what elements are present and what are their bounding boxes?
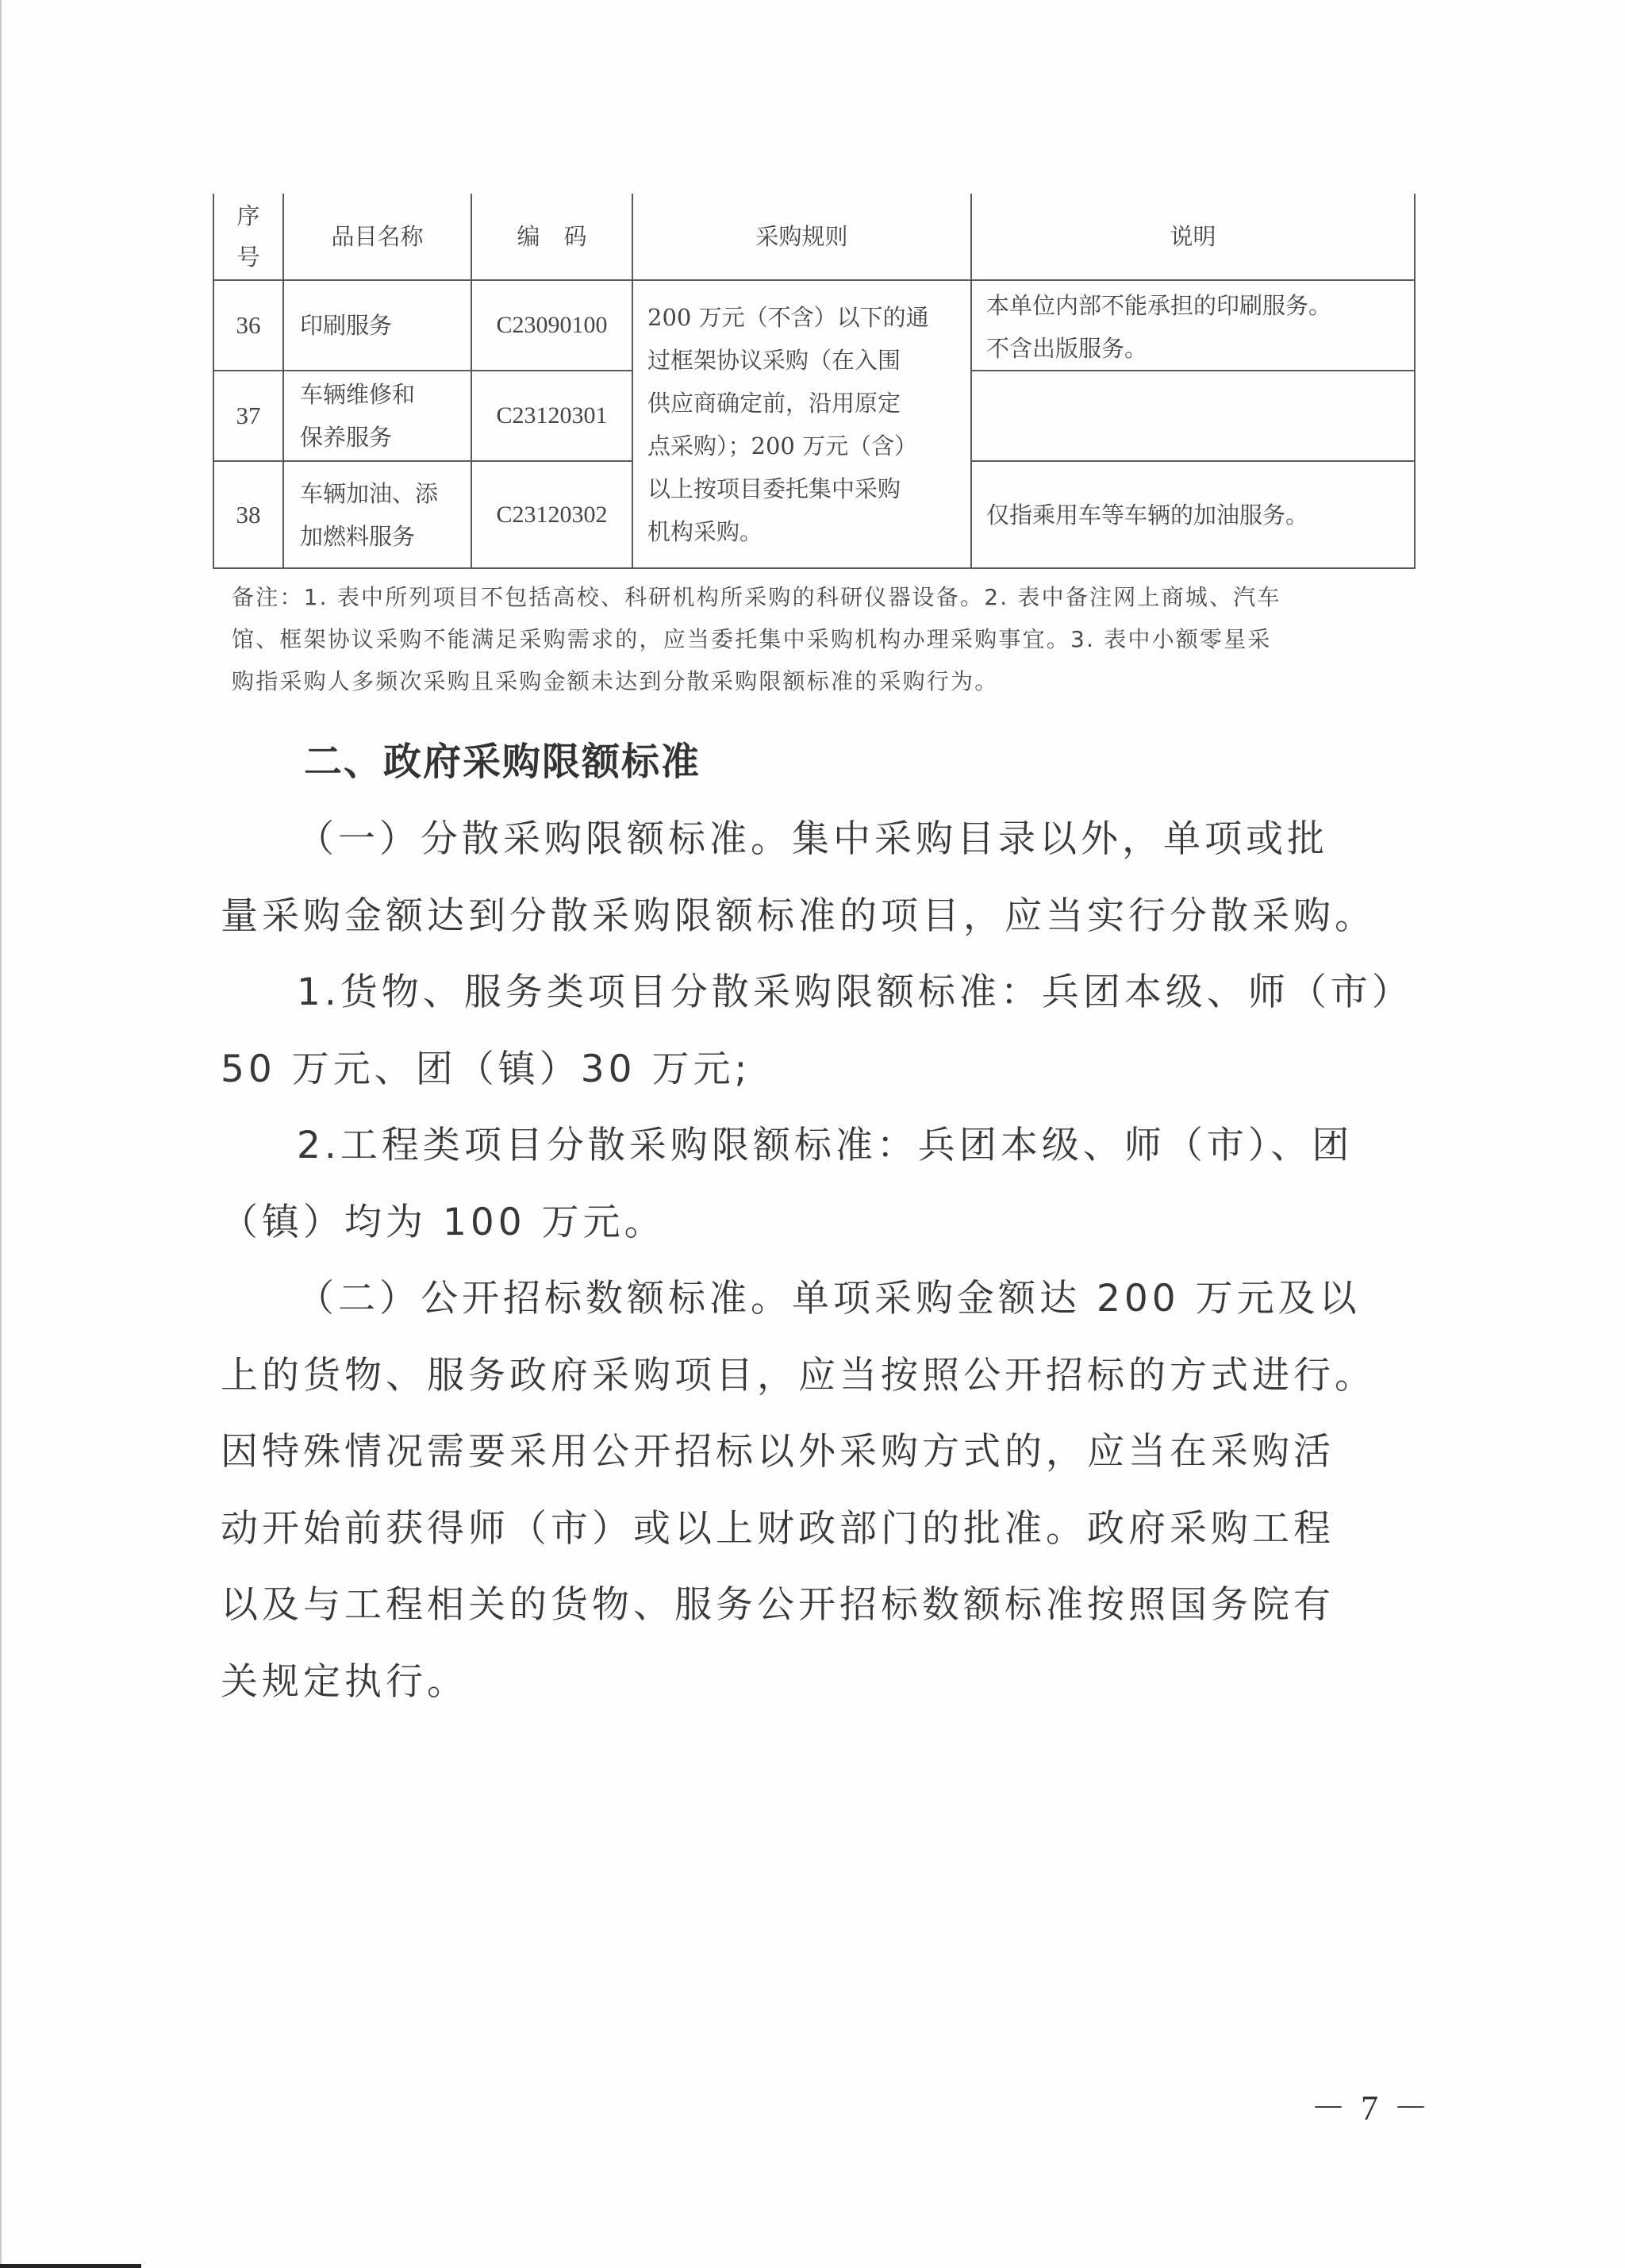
paragraph-goods-services-threshold: 1.货物、服务类项目分散采购限额标准：兵团本级、师（市） 50 万元、团（镇）3… xyxy=(221,955,1411,1108)
row-serial-number: 37 xyxy=(213,371,283,461)
section-body: （一）分散采购限额标准。集中采购目录以外，单项或批 量采购金额达到分散采购限额标… xyxy=(221,801,1411,1720)
section-heading: 二、政府采购限额标准 xyxy=(304,738,701,786)
row-item-name: 车辆维修和 保养服务 xyxy=(283,371,471,461)
table-header-row: 序 号 品目名称 编码 采购规则 说明 xyxy=(213,194,1415,280)
note-line: 馆、框架协议采购不能满足采购需求的，应当委托集中采购机构办理采购事宜。3. 表中… xyxy=(232,618,1406,660)
procurement-catalog-table: 序 号 品目名称 编码 采购规则 说明 36 印刷服务 C23090100 20… xyxy=(213,194,1416,569)
header-procurement-rule: 采购规则 xyxy=(632,194,971,280)
table-row: 36 印刷服务 C23090100 200 万元（不含）以下的通 过框架协议采购… xyxy=(213,280,1415,371)
row-description xyxy=(971,371,1415,461)
note-line: 备注：1. 表中所列项目不包括高校、科研机构所采购的科研仪器设备。2. 表中备注… xyxy=(232,576,1406,618)
scan-edge-left xyxy=(0,0,2,2268)
row-serial-number: 38 xyxy=(213,461,283,568)
table-notes: 备注：1. 表中所列项目不包括高校、科研机构所采购的科研仪器设备。2. 表中备注… xyxy=(232,576,1406,702)
note-line: 购指采购人多频次采购且采购金额未达到分散采购限额标准的采购行为。 xyxy=(232,660,1406,702)
row-description: 本单位内部不能承担的印刷服务。 不含出版服务。 xyxy=(971,280,1415,371)
row-serial-number: 36 xyxy=(213,280,283,371)
header-item-name: 品目名称 xyxy=(283,194,471,280)
paragraph-decentralized-threshold: （一）分散采购限额标准。集中采购目录以外，单项或批 量采购金额达到分散采购限额标… xyxy=(221,801,1411,955)
page-number: － 7 － xyxy=(1311,2079,1431,2130)
header-serial-number: 序 号 xyxy=(213,194,283,280)
row-item-name: 印刷服务 xyxy=(283,280,471,371)
paragraph-public-tender-threshold: （二）公开招标数额标准。单项采购金额达 200 万元及以 上的货物、服务政府采购… xyxy=(221,1261,1411,1720)
row-code: C23120302 xyxy=(471,461,632,568)
row-code: C23090100 xyxy=(471,280,632,371)
scan-edge-bottom xyxy=(0,2264,141,2268)
header-description: 说明 xyxy=(971,194,1415,280)
header-code: 编码 xyxy=(471,194,632,280)
row-code: C23120301 xyxy=(471,371,632,461)
row-description: 仅指乘用车等车辆的加油服务。 xyxy=(971,461,1415,568)
paragraph-engineering-threshold: 2.工程类项目分散采购限额标准：兵团本级、师（市）、团 （镇）均为 100 万元… xyxy=(221,1108,1411,1261)
row-item-name: 车辆加油、添 加燃料服务 xyxy=(283,461,471,568)
shared-procurement-rule: 200 万元（不含）以下的通 过框架协议采购（在入围 供应商确定前，沿用原定 点… xyxy=(632,280,971,568)
